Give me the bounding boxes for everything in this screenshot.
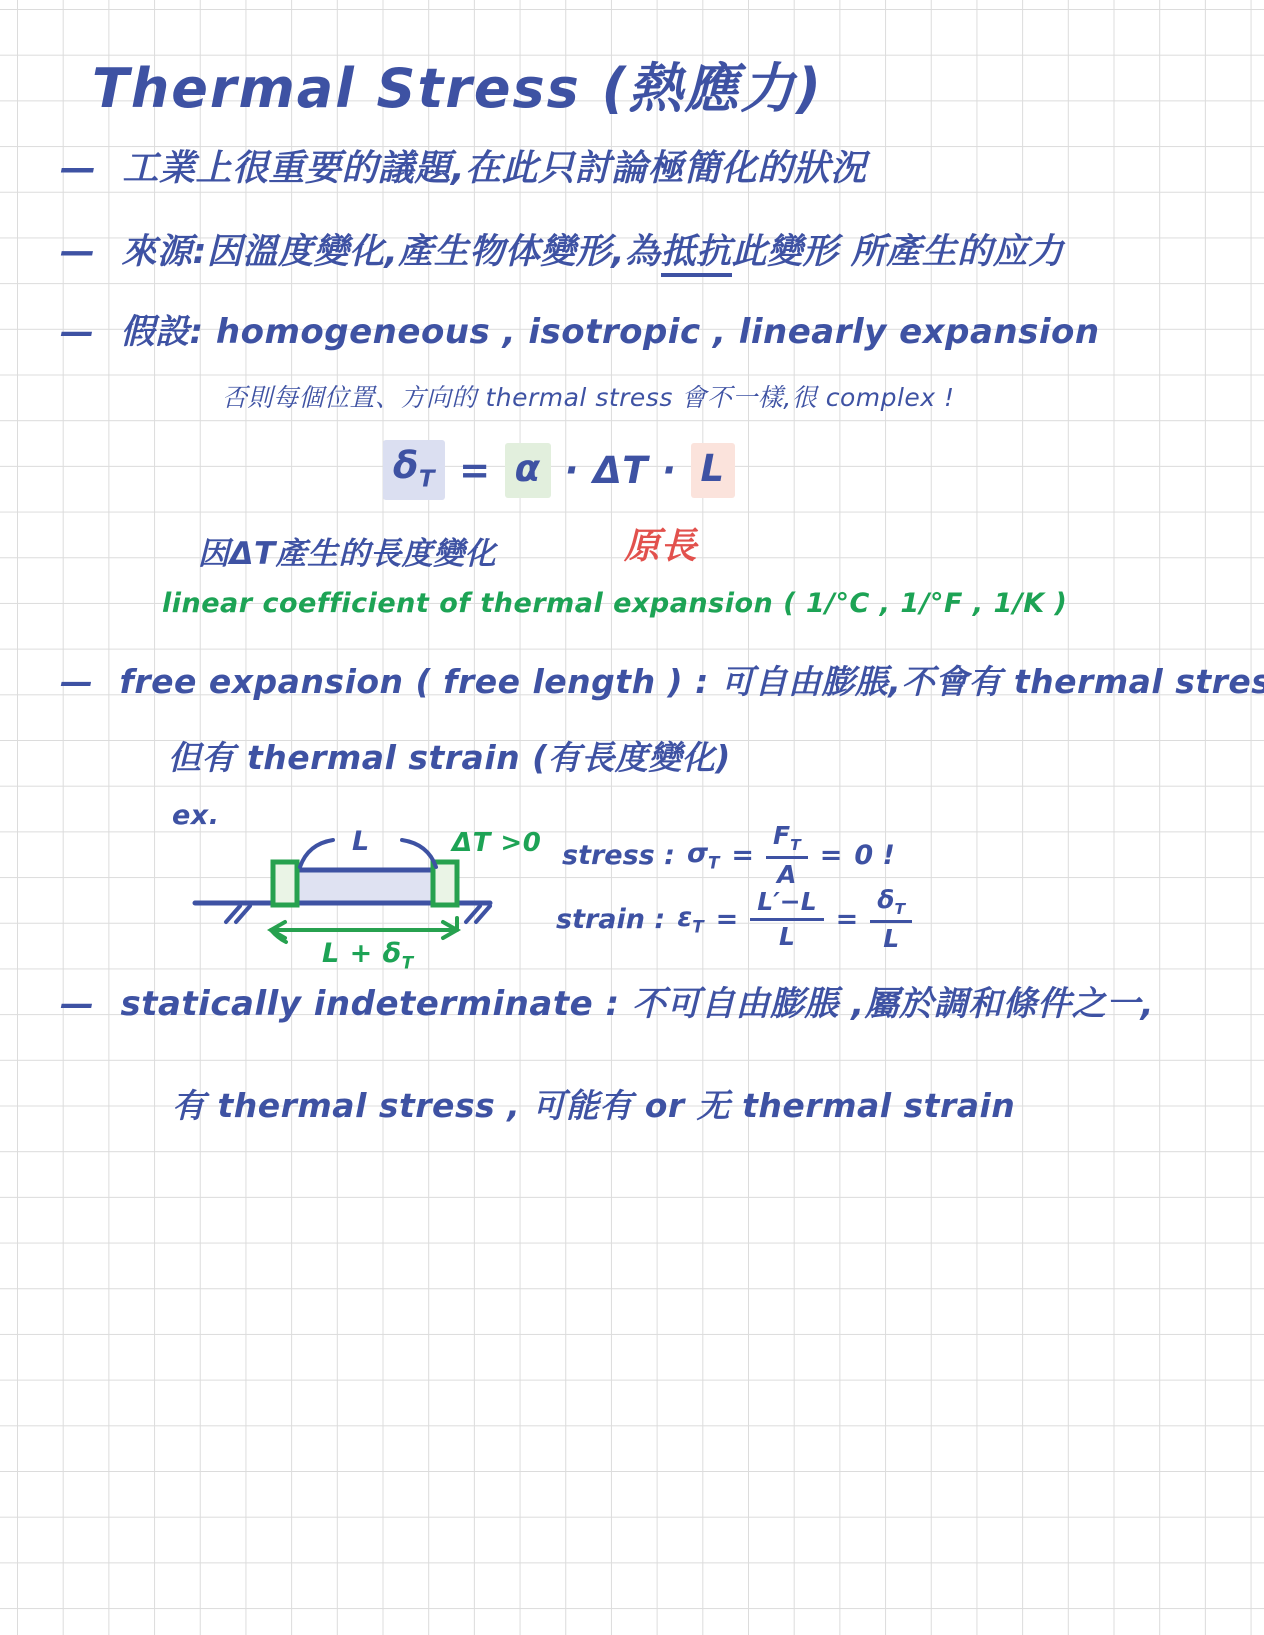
expanded-length-subscript: T xyxy=(402,952,414,972)
example-label: ex. xyxy=(172,800,219,831)
side-note: 否則每個位置、方向的 thermal stress 會不一樣,很 complex… xyxy=(222,378,955,414)
length-change-numerator: L′−L xyxy=(750,888,823,921)
equals-sign: = xyxy=(731,840,754,871)
dot-operator: · xyxy=(565,449,580,492)
length-denominator: L xyxy=(779,921,795,951)
delta-temperature-term: ΔT xyxy=(593,449,648,492)
right-hatch-mark xyxy=(466,906,490,922)
bullet-free-expansion-cont: 但有 thermal strain (有長度變化) xyxy=(168,732,731,779)
bullet-assumptions: —假設: homogeneous , isotropic , linearly … xyxy=(60,304,1100,353)
bullet-dash: — xyxy=(60,984,95,1024)
bullet-source-prefix: 來源:因溫度變化,產生物体變形,為 xyxy=(122,232,661,272)
bullet-free-expansion-text: free expansion ( free length ) : 可自由膨脹,不… xyxy=(120,662,1264,701)
left-gap-block xyxy=(273,862,297,905)
bullet-source-suffix: 此變形 所產生的应力 xyxy=(732,232,1064,272)
strain-label: strain : xyxy=(556,904,665,935)
dot-operator: · xyxy=(662,449,677,492)
length-change-annotation: 因ΔT產生的長度變化 xyxy=(198,528,496,573)
equals-sign: = xyxy=(820,840,843,871)
bullet-source: —來源:因溫度變化,產生物体變形,為抵抗此變形 所產生的应力 xyxy=(60,224,1064,274)
page-title: Thermal Stress (熱應力) xyxy=(92,46,823,123)
area-denominator: A xyxy=(777,859,796,889)
bullet-dash: — xyxy=(60,232,96,272)
bar-length-label: L xyxy=(352,826,370,857)
alpha-term: α xyxy=(505,443,551,498)
thermal-expansion-formula: δT = α · ΔT · L xyxy=(383,440,735,500)
bullet-source-underlined: 抵抗 xyxy=(661,232,732,277)
original-length-annotation: 原長 xyxy=(624,518,697,569)
bullet-dash: — xyxy=(60,148,97,189)
bullet-statically-indeterminate-cont: 有 thermal stress , 可能有 or 无 thermal stra… xyxy=(172,1080,1015,1127)
equals-sign: = xyxy=(459,449,491,492)
force-over-area-fraction: FT A xyxy=(766,822,808,889)
delta-numerator: δT xyxy=(870,886,912,923)
length-leader-left xyxy=(300,840,333,867)
thermal-force-numerator: FT xyxy=(766,822,808,859)
stress-result: 0 ! xyxy=(854,840,895,871)
bullet-assumptions-text: 假設: homogeneous , isotropic , linearly e… xyxy=(121,312,1100,352)
length-term: L xyxy=(691,443,735,498)
bullet-statically-indeterminate: —statically indeterminate : 不可自由膨脹 ,屬於調和… xyxy=(60,976,1154,1025)
expanded-length-label: L + δT xyxy=(322,938,414,972)
left-hatch-mark xyxy=(226,906,250,922)
length-denominator2: L xyxy=(883,923,899,953)
delta-over-length-fraction: δT L xyxy=(870,886,912,953)
expanded-length-text: L + δ xyxy=(322,938,402,969)
bullet-industry: —工業上很重要的議題,在此只討論極簡化的狀況 xyxy=(60,140,867,191)
stress-equation: stress : σT = FT A = 0 ! xyxy=(562,822,895,889)
equals-sign: = xyxy=(716,904,739,935)
bar-rect xyxy=(297,870,433,903)
bullet-free-expansion: —free expansion ( free length ) : 可自由膨脹,… xyxy=(60,656,1264,703)
bullet-dash: — xyxy=(60,662,94,701)
delta-t-term: δT xyxy=(383,440,445,500)
bullet-statically-indeterminate-text: statically indeterminate : 不可自由膨脹 ,屬於調和條… xyxy=(121,984,1155,1024)
epsilon-symbol: εT xyxy=(677,902,703,936)
delta-subscript: T xyxy=(419,466,435,492)
length-change-fraction: L′−L L xyxy=(750,888,823,950)
strain-equation: strain : εT = L′−L L = δT L xyxy=(556,886,912,953)
bullet-industry-text: 工業上很重要的議題,在此只討論極簡化的狀況 xyxy=(123,148,867,189)
equals-sign: = xyxy=(836,904,859,935)
delta-symbol: δ xyxy=(393,444,419,487)
notes-page: Thermal Stress (熱應力) —工業上很重要的議題,在此只討論極簡化… xyxy=(0,0,1264,1635)
expansion-coefficient-annotation: linear coefficient of thermal expansion … xyxy=(162,588,1067,619)
delta-t-condition-label: ΔT >0 xyxy=(452,828,541,858)
stress-label: stress : xyxy=(562,840,675,871)
bullet-dash: — xyxy=(60,312,95,352)
sigma-symbol: σT xyxy=(687,838,719,872)
